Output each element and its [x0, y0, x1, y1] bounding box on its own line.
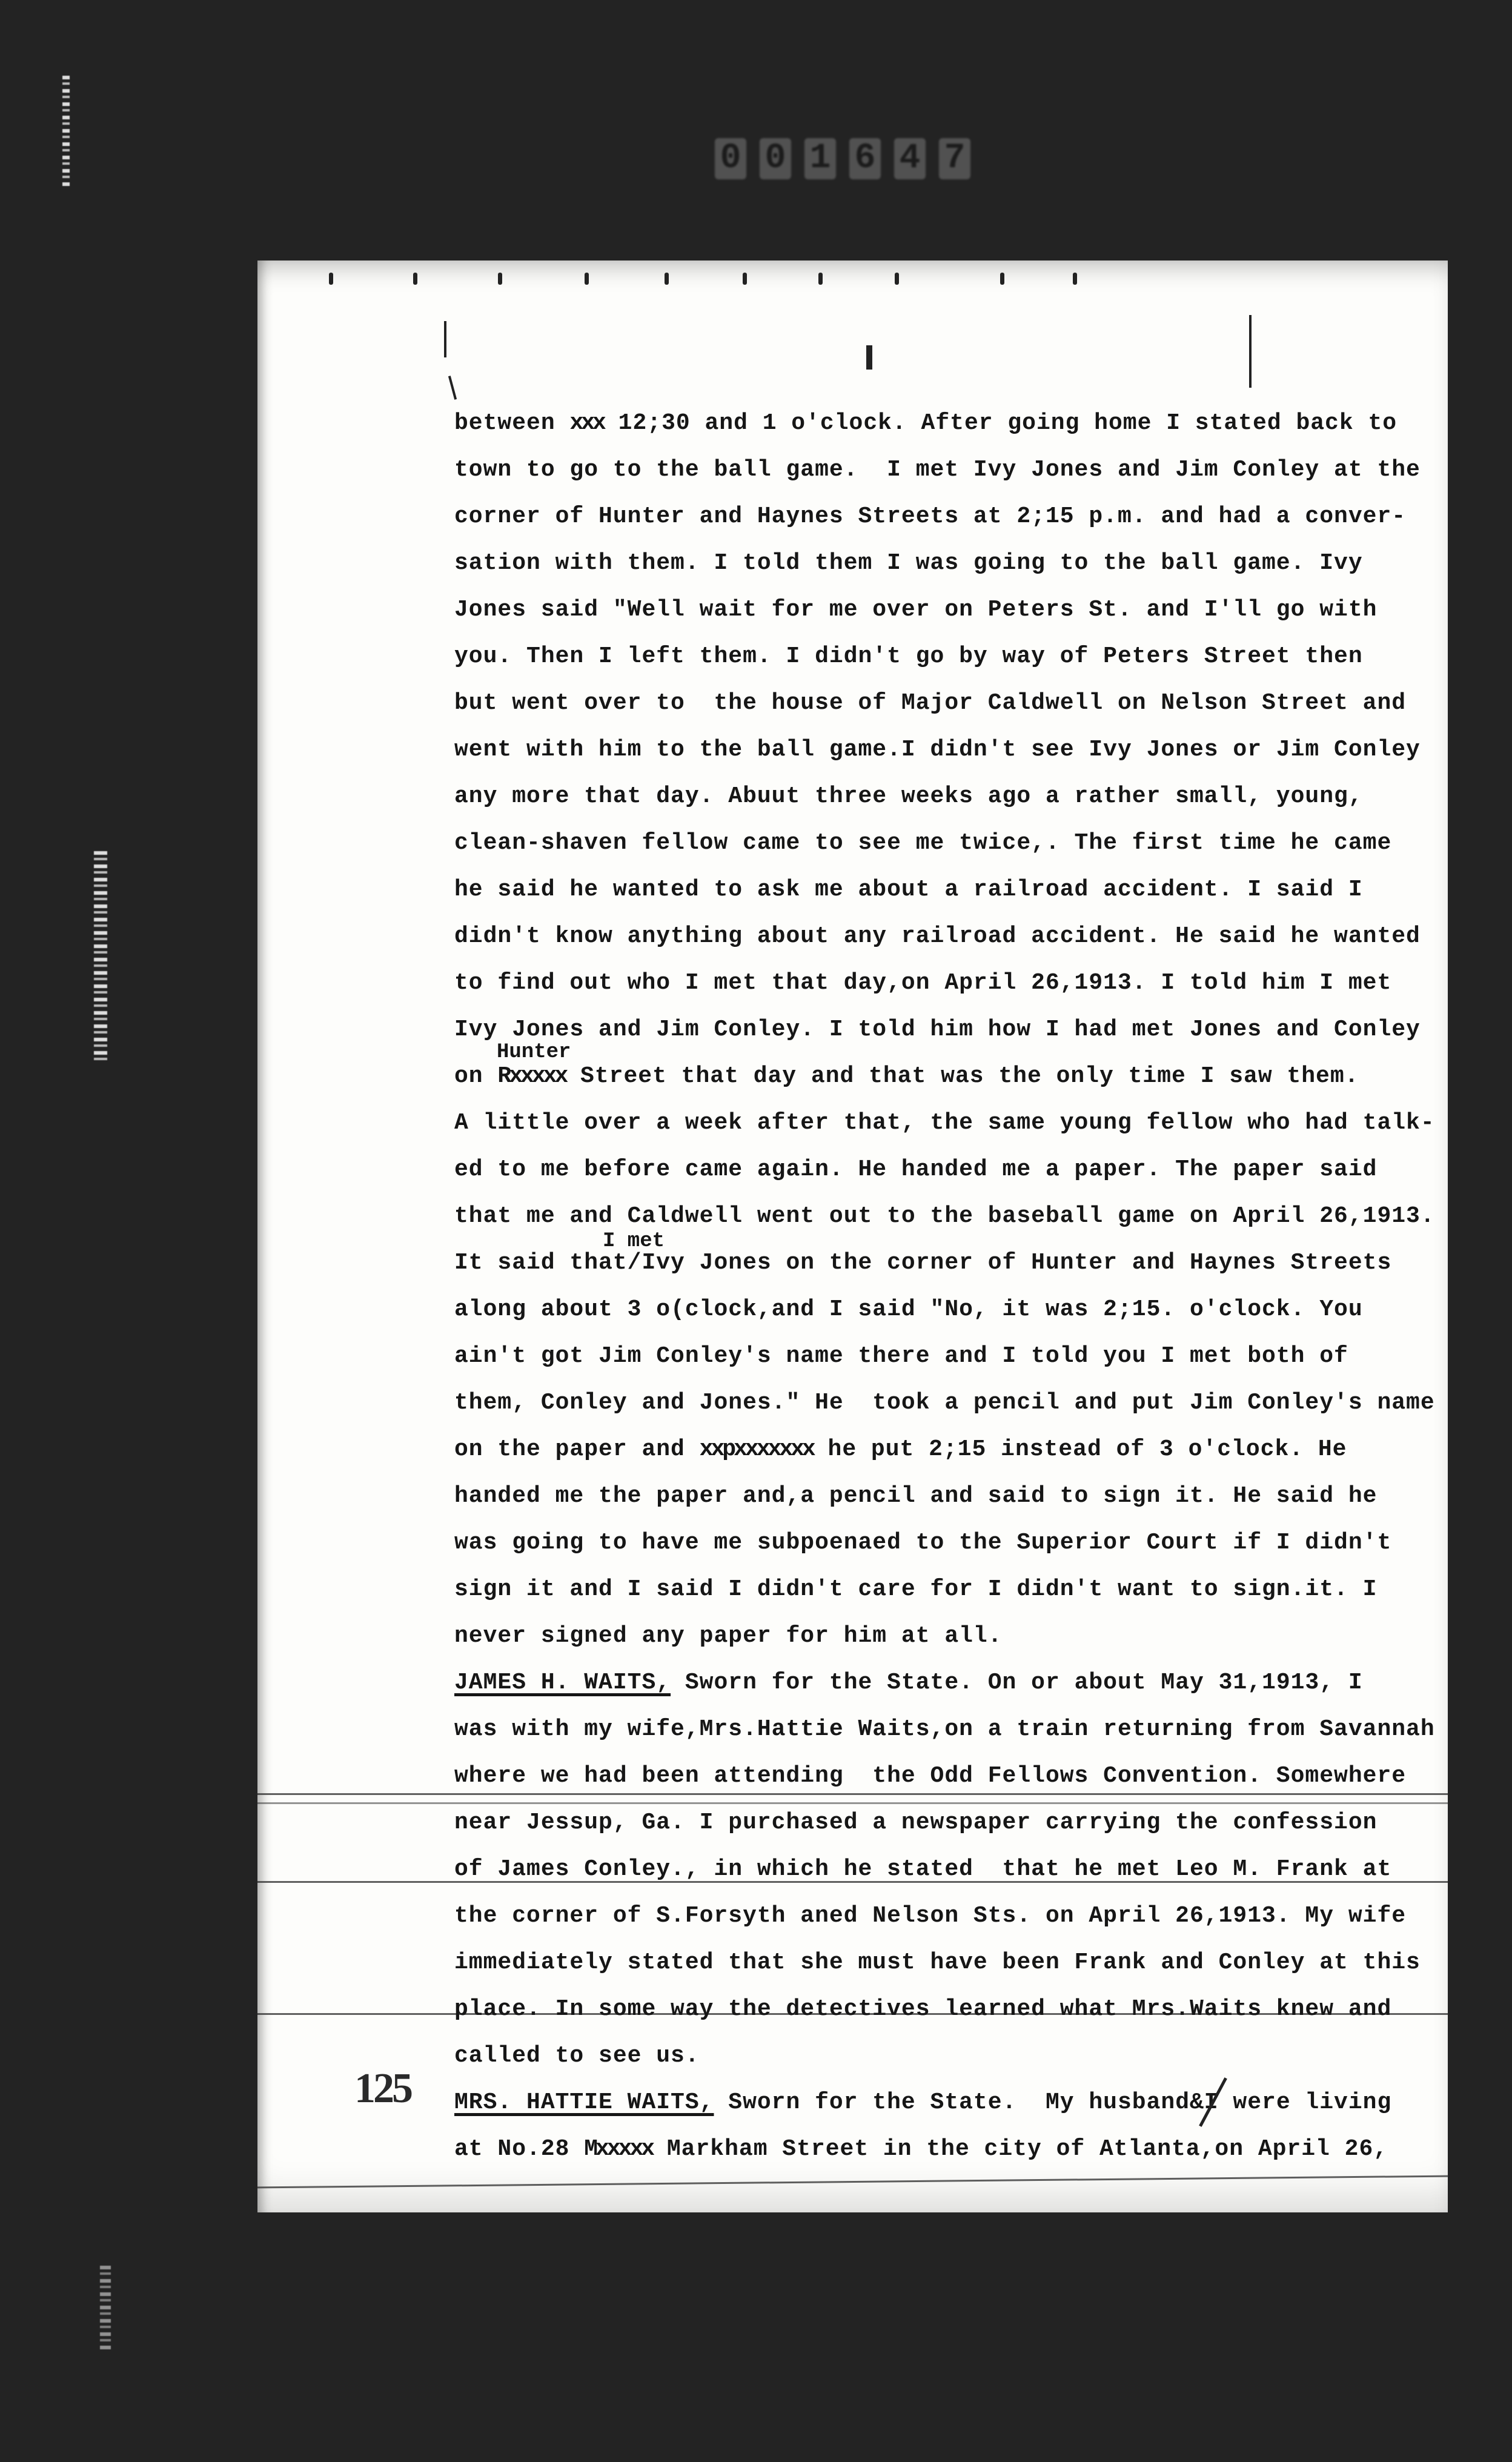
margin-mark: [444, 321, 446, 357]
text-line-19: It said that/Ivy Jones on the corner of …: [454, 1250, 1391, 1276]
scan-line: [257, 1793, 1448, 1795]
text-line-1: between xxx 12;30 and 1 o'clock. After g…: [454, 410, 1397, 437]
witness-heading-james-waits: JAMES H. WAITS, Sworn for the State. On …: [454, 1670, 1363, 1696]
witness-name: JAMES H. WAITS,: [454, 1670, 671, 1696]
text-line-34: immediately stated that she must have be…: [454, 1949, 1421, 1976]
punch-mark: [1073, 273, 1077, 285]
film-edge-mark: [94, 851, 107, 1063]
punch-mark: [743, 273, 747, 285]
frame-digit: 6: [849, 138, 881, 179]
punch-mark: [1000, 273, 1004, 285]
frame-digit: 7: [939, 138, 970, 179]
margin-mark: [866, 345, 872, 370]
frame-digit: 0: [715, 138, 746, 179]
text-line-33: the corner of S.Forsyth aned Nelson Sts.…: [454, 1903, 1406, 1929]
text-line-8: went with him to the ball game.I didn't …: [454, 737, 1421, 763]
frame-number: 0 0 1 6 4 7: [715, 138, 970, 179]
scan-line: [257, 2175, 1448, 2189]
page-number: 125: [354, 2065, 411, 2113]
margin-mark: [1249, 315, 1252, 388]
scan-line: [257, 1802, 1448, 1804]
text-line-18: that me and Caldwell went out to the bas…: [454, 1203, 1435, 1230]
text-line-2: town to go to the ball game. I met Ivy J…: [454, 457, 1421, 483]
punch-mark: [498, 273, 502, 285]
punch-mark: [818, 273, 823, 285]
text-line-7: but went over to the house of Major Cald…: [454, 690, 1406, 717]
text-line-11: he said he wanted to ask me about a rail…: [454, 877, 1363, 903]
text-line-27: never signed any paper for him at all.: [454, 1623, 1003, 1650]
frame-digit: 0: [760, 138, 791, 179]
frame-digit: 4: [894, 138, 926, 179]
film-edge-mark: [62, 76, 70, 188]
text-line-39: at No.28 Mxxxxx Markham Street in the ci…: [454, 2136, 1388, 2163]
frame-digit: 1: [804, 138, 836, 179]
text-line-6: you. Then I left them. I didn't go by wa…: [454, 643, 1363, 670]
witness-name: MRS. HATTIE WAITS,: [454, 2089, 714, 2115]
margin-mark: [448, 376, 457, 400]
punch-mark: [585, 273, 589, 285]
text-line-13: to find out who I met that day,on April …: [454, 970, 1391, 997]
text-line-29: was with my wife,Mrs.Hattie Waits,on a t…: [454, 1716, 1435, 1743]
punch-mark: [895, 273, 899, 285]
text-line-16: A little over a week after that, the sam…: [454, 1110, 1435, 1136]
text-line-9: any more that day. Abuut three weeks ago…: [454, 783, 1363, 810]
text-line-26: sign it and I said I didn't care for I d…: [454, 1576, 1377, 1603]
text-line-23: on the paper and xxpxxxxxxx he put 2;15 …: [454, 1436, 1347, 1463]
text-line-4: sation with them. I told them I was goin…: [454, 550, 1363, 577]
text-line-10: clean-shaven fellow came to see me twice…: [454, 830, 1391, 857]
text-line-36: called to see us.: [454, 2043, 700, 2069]
punch-mark: [413, 273, 417, 285]
text-line-20: along about 3 o(clock,and I said "No, it…: [454, 1296, 1363, 1323]
interlinear-correction: Hunter: [497, 1041, 571, 1064]
punch-mark: [329, 273, 333, 285]
text-line-30: where we had been attending the Odd Fell…: [454, 1763, 1406, 1790]
text-line-17: ed to me before came again. He handed me…: [454, 1156, 1377, 1183]
text-line-32: of James Conley., in which he stated tha…: [454, 1856, 1391, 1883]
typewritten-page: between xxx 12;30 and 1 o'clock. After g…: [257, 260, 1448, 2212]
text-line-15: on Rxxxxx Street that day and that was t…: [454, 1063, 1359, 1090]
text-line-22: them, Conley and Jones." He took a penci…: [454, 1390, 1435, 1416]
film-edge-mark: [100, 2266, 111, 2351]
text-line-25: was going to have me subpoenaed to the S…: [454, 1530, 1391, 1556]
text-line-5: Jones said "Well wait for me over on Pet…: [454, 597, 1377, 623]
text-line-3: corner of Hunter and Haynes Streets at 2…: [454, 503, 1406, 530]
text-line-35: place. In some way the detectives learne…: [454, 1996, 1391, 2023]
witness-heading-hattie-waits: MRS. HATTIE WAITS, Sworn for the State. …: [454, 2089, 1391, 2116]
text-line-31: near Jessup, Ga. I purchased a newspaper…: [454, 1810, 1377, 1836]
text-line-24: handed me the paper and,a pencil and sai…: [454, 1483, 1377, 1510]
punch-mark: [665, 273, 669, 285]
text-line-21: ain't got Jim Conley's name there and I …: [454, 1343, 1348, 1370]
text-line-14: Ivy Jones and Jim Conley. I told him how…: [454, 1017, 1421, 1043]
text-line-12: didn't know anything about any railroad …: [454, 923, 1421, 950]
